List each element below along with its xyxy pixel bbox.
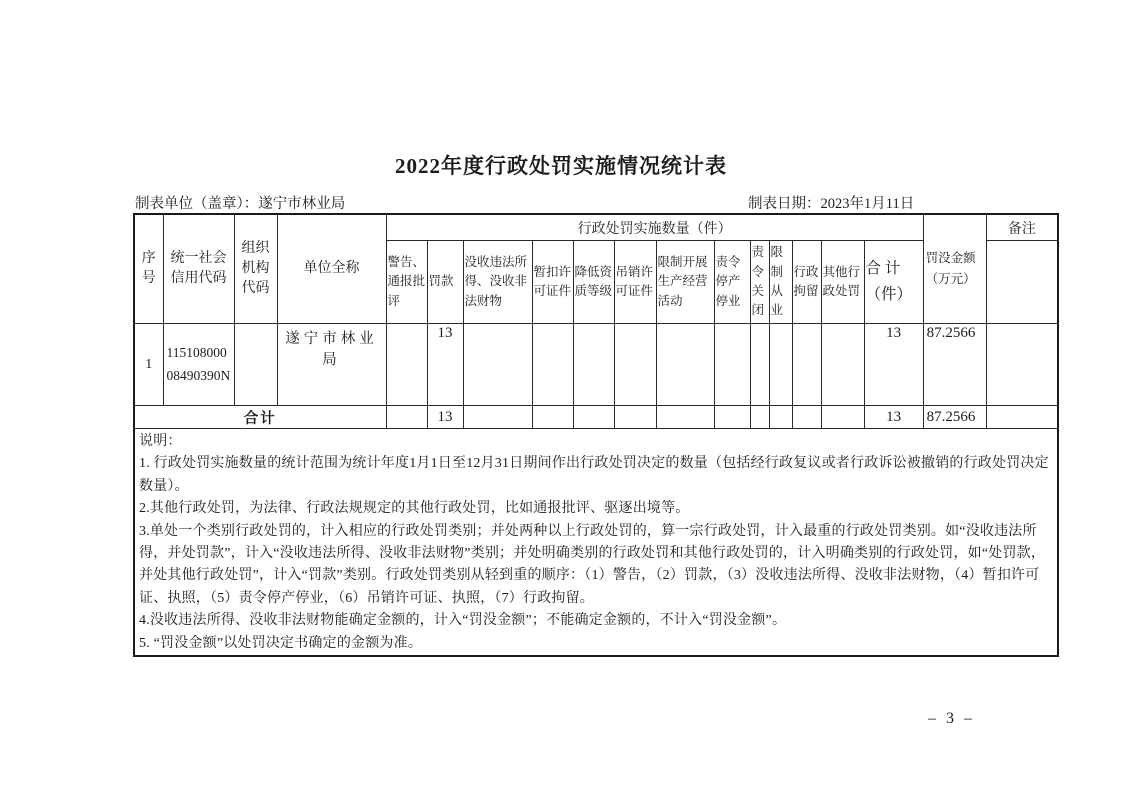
data-cell-restrict-employment <box>769 324 792 406</box>
total-cell-fine: 13 <box>427 406 463 429</box>
col-header-org-code: 组织机构代码 <box>234 214 277 324</box>
note-line: 3.单处一个类别行政处罚的，计入相应的行政处罚类别；并处两种以上行政处罚的，算一… <box>139 521 1052 611</box>
sub-col-header-suspend-license: 暂扣许可证件 <box>532 241 573 324</box>
sub-col-header-restrict-employment: 限制从业 <box>769 241 792 324</box>
data-cell-remark <box>986 324 1058 406</box>
sub-col-header-other-penalty: 其他行政处罚 <box>821 241 864 324</box>
data-cell-restrict-operation <box>656 324 714 406</box>
sub-col-header-halt-production: 责令停产停业 <box>714 241 750 324</box>
total-cell-amount: 87.2566 <box>923 406 986 429</box>
total-cell-warning <box>386 406 427 429</box>
total-cell-halt-production <box>714 406 750 429</box>
col-header-unit-name: 单位全称 <box>277 214 386 324</box>
sub-col-header-warning: 警告、通报批评 <box>386 241 427 324</box>
data-cell-other-penalty <box>821 324 864 406</box>
data-cell-total-count: 13 <box>864 324 923 406</box>
notes-row: 说明： 1. 行政处罚实施数量的统计范围为统计年度1月1日至12月31日期间作出… <box>134 429 1058 657</box>
sub-col-header-total-count: 合 计（件） <box>864 241 923 324</box>
prepared-date-label: 制表日期：2023年1月11日 <box>748 192 914 213</box>
col-header-remark: 备注 <box>986 214 1058 241</box>
total-cell-suspend-license <box>532 406 573 429</box>
sub-col-header-restrict-operation: 限制开展生产经营活动 <box>656 241 714 324</box>
col-header-amount: 罚没金额（万元） <box>923 214 986 324</box>
cell-seq: 1 <box>134 324 163 406</box>
document-page: 2022年度行政处罚实施情况统计表 制表单位（盖章）：遂宁市林业局 制表日期：2… <box>0 0 1122 793</box>
total-cell-order-closure <box>750 406 769 429</box>
header-remark-empty-cell <box>986 241 1058 324</box>
data-cell-amount: 87.2566 <box>923 324 986 406</box>
table-row: 1 11510800008490390N 遂宁市林业局 13 13 87.256… <box>134 324 1058 406</box>
data-cell-order-closure <box>750 324 769 406</box>
group-header-penalty-count: 行政处罚实施数量（件） <box>386 214 923 241</box>
sub-col-header-order-closure: 责令关闭 <box>750 241 769 324</box>
sub-col-header-revoke-license: 吊销许可证件 <box>614 241 656 324</box>
penalty-statistics-table: 序号 统一社会信用代码 组织机构代码 单位全称 行政处罚实施数量（件） 罚没金额… <box>133 213 1059 657</box>
cell-unit-name: 遂宁市林业局 <box>277 324 386 406</box>
page-title: 2022年度行政处罚实施情况统计表 <box>0 150 1122 180</box>
col-header-seq: 序号 <box>134 214 163 324</box>
page-number: – 3 – <box>928 710 975 728</box>
total-row-label: 合计 <box>134 406 386 429</box>
cell-org-code <box>234 324 277 406</box>
total-cell-total-count: 13 <box>864 406 923 429</box>
note-line: 2.其他行政处罚，为法律、行政法规规定的其他行政处罚，比如通报批评、驱逐出境等。 <box>139 498 1052 520</box>
total-cell-other-penalty <box>821 406 864 429</box>
note-line: 说明： <box>139 431 1052 453</box>
table-meta-row: 制表单位（盖章）：遂宁市林业局 制表日期：2023年1月11日 <box>133 192 1057 212</box>
total-row: 合计 13 13 87.2566 <box>134 406 1058 429</box>
total-cell-downgrade-qualification <box>573 406 614 429</box>
total-cell-revoke-license <box>614 406 656 429</box>
cell-credit-code: 11510800008490390N <box>163 324 234 406</box>
header-row-group: 序号 统一社会信用代码 组织机构代码 单位全称 行政处罚实施数量（件） 罚没金额… <box>134 214 1058 241</box>
data-cell-suspend-license <box>532 324 573 406</box>
note-line: 5. “罚没金额”以处罚决定书确定的金额为准。 <box>139 633 1052 655</box>
sub-col-header-detention: 行政拘留 <box>792 241 821 324</box>
sub-col-header-downgrade-qualification: 降低资质等级 <box>573 241 614 324</box>
data-cell-downgrade-qualification <box>573 324 614 406</box>
sub-col-header-fine: 罚款 <box>427 241 463 324</box>
data-cell-halt-production <box>714 324 750 406</box>
col-header-credit-code: 统一社会信用代码 <box>163 214 234 324</box>
total-cell-confiscation <box>463 406 532 429</box>
sub-col-header-confiscation: 没收违法所得、没收非法财物 <box>463 241 532 324</box>
total-cell-restrict-employment <box>769 406 792 429</box>
data-cell-revoke-license <box>614 324 656 406</box>
data-cell-warning <box>386 324 427 406</box>
prepared-by-label: 制表单位（盖章）：遂宁市林业局 <box>135 192 345 213</box>
notes-section: 说明： 1. 行政处罚实施数量的统计范围为统计年度1月1日至12月31日期间作出… <box>134 429 1058 657</box>
note-line: 1. 行政处罚实施数量的统计范围为统计年度1月1日至12月31日期间作出行政处罚… <box>139 453 1052 498</box>
data-cell-detention <box>792 324 821 406</box>
note-line: 4.没收违法所得、没收非法财物能确定金额的，计入“罚没金额”；不能确定金额的，不… <box>139 610 1052 632</box>
data-cell-confiscation <box>463 324 532 406</box>
data-cell-fine: 13 <box>427 324 463 406</box>
total-cell-detention <box>792 406 821 429</box>
total-cell-remark <box>986 406 1058 429</box>
total-cell-restrict-operation <box>656 406 714 429</box>
